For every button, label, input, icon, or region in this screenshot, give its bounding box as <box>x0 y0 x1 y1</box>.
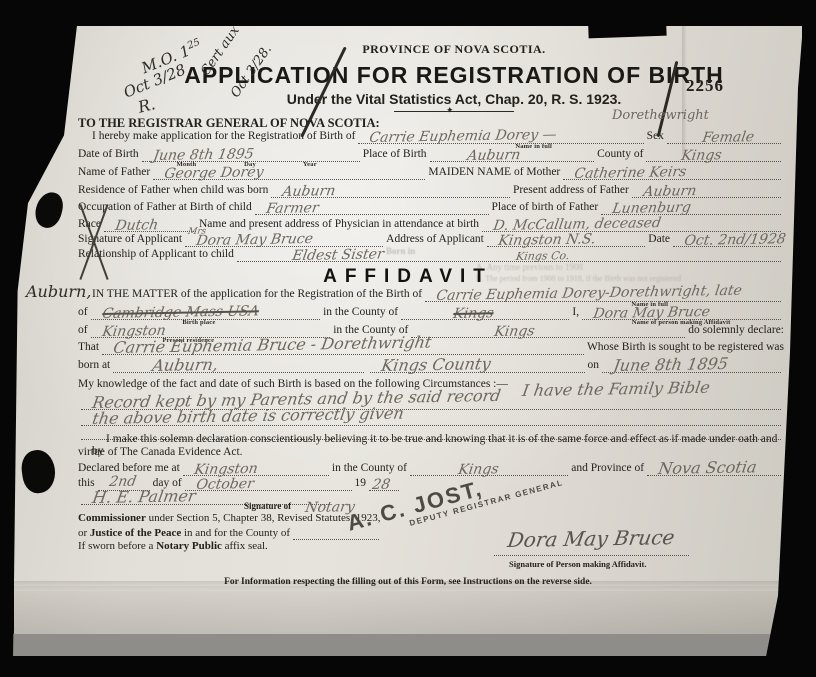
that-label: That <box>78 341 99 355</box>
birth-date-row: Date of Birth June 8th 1895 Month Day Ye… <box>78 148 784 162</box>
occupation-field: Farmer <box>255 201 489 215</box>
county-field: Kings <box>646 148 781 162</box>
occupation-handwriting: Farmer <box>265 201 320 217</box>
affiant-signature-handwriting: Dora May Bruce <box>506 525 676 552</box>
declarant-field: Dora May Bruce Name of person making Aff… <box>582 306 781 320</box>
footer-instructions: For Information respecting the filling o… <box>14 577 802 587</box>
father-addr-handwriting: Auburn <box>642 184 697 200</box>
notary-line: If sworn before a Notary Public affix se… <box>78 540 782 552</box>
pob-field: Auburn <box>430 148 595 162</box>
born-date-field: June 8th 1895 <box>602 359 781 373</box>
knowledge-field-1: I have the Family Bible <box>511 379 781 392</box>
county1-handwriting-struck: Kings <box>452 306 495 322</box>
father-field: George Dorey <box>153 166 425 180</box>
signature-handwriting: Dora May Bruce <box>195 232 314 249</box>
witness-signature-handwriting: H. E. Palmer <box>91 488 197 507</box>
born-label: born at <box>78 359 110 373</box>
of2-label: of <box>78 324 88 338</box>
province-field: Nova Scotia <box>647 462 781 476</box>
paper-fold-shadow <box>14 586 802 634</box>
knowledge-line-3: the above birth date is correctly given <box>78 412 784 426</box>
document-number: 2256 <box>686 76 724 96</box>
physician-field: D. McCallum, deceased <box>482 218 781 232</box>
affidavit-matter-row: IN THE MATTER of the application for the… <box>78 288 784 302</box>
born-county-handwriting: Kings County <box>380 356 492 375</box>
county1-field: Kings <box>401 306 569 320</box>
sex-handwriting: Female <box>701 130 755 146</box>
knowledge-handwriting-3: the above birth date is correctly given <box>91 405 405 428</box>
notary-pre: If sworn before a <box>78 540 156 552</box>
scan-border-notch <box>587 0 666 38</box>
declaration-paragraph-2: virtue of The Canada Evidence Act. <box>78 446 782 458</box>
i-label: I, <box>572 306 579 320</box>
father-label: Name of Father <box>78 166 150 180</box>
father-pob-field: Lunenburg <box>601 201 781 215</box>
apply-label: I hereby make application for the Regist… <box>78 130 355 144</box>
race-field: Dutch <box>104 218 196 232</box>
affidavit-birthplace-row: of Cambridge Mass USA Birth place in the… <box>78 306 784 320</box>
sex-label: Sex <box>647 130 664 144</box>
applicant-addr-field: Kingston N.S. Kings Co. <box>487 233 645 247</box>
born-county-field: Kings County <box>370 359 585 373</box>
father-pob-label: Place of birth of Father <box>492 201 599 215</box>
affidavit-that-row: That Carrie Euphemia Bruce - Dorethwrigh… <box>78 341 784 355</box>
margin-x-mark <box>74 202 114 282</box>
application-name-row: I hereby make application for the Regist… <box>78 130 784 144</box>
father-addr-field: Auburn <box>632 184 781 198</box>
scanned-birth-registration-document: Born in A. Any time previous to 1908 B. … <box>0 0 816 677</box>
born-place-handwriting: Auburn, <box>151 356 219 375</box>
father-handwriting: George Dorey <box>163 165 265 182</box>
affiant-signature-line <box>494 555 689 556</box>
county2-handwriting: Kings <box>493 324 536 340</box>
relationship-row: Relationship of Applicant to child Eldes… <box>78 248 784 262</box>
mother-label: MAIDEN NAME of Mother <box>428 166 560 180</box>
applicant-addr-label: Address of Applicant <box>386 233 484 247</box>
relationship-handwriting: Eldest Sister <box>291 247 385 264</box>
parents-row: Name of Father George Dorey MAIDEN NAME … <box>78 166 784 180</box>
this-label: this <box>78 477 95 491</box>
justice-pre: or <box>78 527 90 539</box>
commissioner-bold: Commissioner <box>78 512 146 524</box>
sex-field: Female <box>667 130 781 144</box>
province-handwriting: Nova Scotia <box>657 459 758 478</box>
scan-border-top <box>0 0 816 26</box>
affidavit-born-row: born at Auburn, Kings County on June 8th… <box>78 359 784 373</box>
year-handwriting: 28 <box>371 477 391 493</box>
matter-label: IN THE MATTER of the application for the… <box>78 288 422 302</box>
date-field: Oct. 2nd/1928 <box>673 233 781 247</box>
mother-field: Catherine Keirs <box>563 166 781 180</box>
father-addr-label: Present address of Father <box>513 184 629 198</box>
physician-label: Name and present address of Physician in… <box>199 218 479 232</box>
scan-border-bottom <box>0 656 816 677</box>
declared-county-label: in the County of <box>332 462 407 476</box>
mother-handwriting: Catherine Keirs <box>573 165 687 182</box>
notary-bold: Notary Public <box>156 540 222 552</box>
addressee-line: TO THE REGISTRAR GENERAL OF NOVA SCOTIA: <box>78 116 380 131</box>
pob-label: Place of Birth <box>363 148 427 162</box>
year-label: 19 <box>355 477 367 491</box>
residence-field: Auburn <box>271 184 510 198</box>
race-handwriting: Dutch <box>114 218 159 234</box>
occupation-row: Occupation of Father at Birth of child F… <box>78 201 784 215</box>
birthplace-handwriting-struck: Cambridge Mass USA <box>101 304 260 322</box>
justice-bold: Justice of the Peace <box>90 527 181 539</box>
declared-row: Declared before me at Kingston in the Co… <box>78 462 784 476</box>
declare-label: do solemnly declare: <box>688 324 784 338</box>
date-label: Date <box>648 233 670 247</box>
born-date-handwriting: June 8th 1895 <box>612 355 729 375</box>
residence-handwriting: Auburn <box>281 184 336 200</box>
form-title: APPLICATION FOR REGISTRATION OF BIRTH <box>134 62 774 89</box>
that-tail-label: Whose Birth is sought to be registered w… <box>587 341 784 355</box>
month-field: October <box>185 477 352 491</box>
justice-rest: in and for the County of <box>181 527 290 539</box>
name-overflow-handwriting: Dorethewright <box>612 108 709 123</box>
applicant-signature-row: Signature of Applicant Mrs Dora May Bruc… <box>78 233 784 247</box>
pob-handwriting: Auburn <box>466 148 521 164</box>
county-handwriting: Kings <box>680 148 723 164</box>
race-physician-row: Race Dutch Name and present address of P… <box>78 218 784 232</box>
of1-label: of <box>78 306 88 320</box>
dob-handwriting: June 8th 1895 <box>152 147 255 164</box>
that-field: Carrie Euphemia Bruce - Dorethwright <box>102 341 584 355</box>
signature-field: Mrs Dora May Bruce <box>185 233 383 247</box>
birthplace-field: Cambridge Mass USA Birth place <box>91 306 320 320</box>
matter-field: Carrie Euphemia Dorey-Dorethwright, late… <box>425 288 781 302</box>
name-field: Carrie Euphemia Dorey — Name in full <box>358 130 643 144</box>
born-place-field: Auburn, <box>113 359 364 373</box>
applicant-addr-handwriting: Kingston N.S. <box>497 232 597 249</box>
date-handwriting: Oct. 2nd/1928 <box>683 232 787 249</box>
affidavit-title: AFFIDAVIT <box>14 266 802 288</box>
on-label: on <box>588 359 600 373</box>
notary-rest: affix seal. <box>222 540 268 552</box>
county2-field: Kings <box>411 324 685 338</box>
that-handwriting: Carrie Euphemia Bruce - Dorethwright <box>112 334 433 357</box>
residence-label: Residence of Father when child was born <box>78 184 268 198</box>
residence-row: Residence of Father when child was born … <box>78 184 784 198</box>
year-field: 28 <box>369 477 399 491</box>
affiant-signature-caption: Signature of Person making Affidavit. <box>509 559 647 569</box>
dob-label: Date of Birth <box>78 148 139 162</box>
dob-field: June 8th 1895 Month Day Year <box>142 148 360 162</box>
form-header: PROVINCE OF NOVA SCOTIA. APPLICATION FOR… <box>134 42 774 112</box>
header-divider <box>394 111 514 112</box>
county-label: County of <box>597 148 643 162</box>
paper-sheet: Born in A. Any time previous to 1908 B. … <box>14 24 802 634</box>
knowledge-field-3: the above birth date is correctly given <box>81 412 781 426</box>
margin-note-auburn: Auburn, <box>26 282 91 301</box>
bleed-through-text: Born in <box>386 246 415 256</box>
county1-label: in the County of <box>323 306 398 320</box>
relationship-field: Eldest Sister <box>237 248 781 262</box>
justice-line: or Justice of the Peace in and for the C… <box>78 526 382 540</box>
declared-place-field: Kingston <box>183 462 329 476</box>
